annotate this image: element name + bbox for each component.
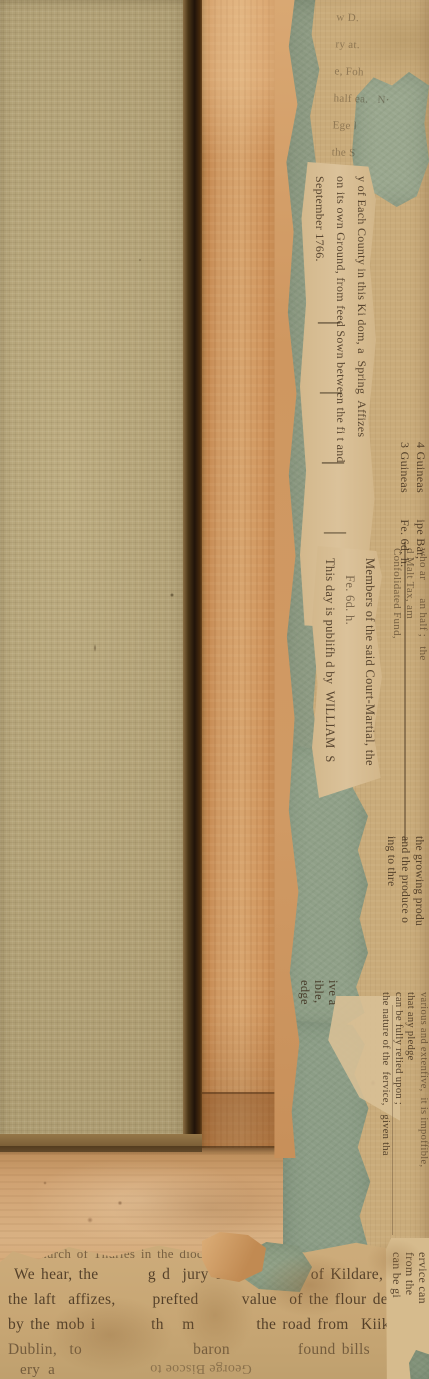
- stretcher-bar-end: [202, 1092, 287, 1154]
- newsprint-line: can be gi: [390, 1252, 403, 1370]
- newsprint-line: Confolidated Fund,: [390, 548, 403, 838]
- article-line: by the mob i th m the road from Kiikenny: [8, 1316, 421, 1334]
- stretcher-bar: [202, 0, 287, 1152]
- newsprint-line: from the: [403, 1252, 416, 1370]
- newsprint-line: d Malt Tax, am: [403, 548, 416, 838]
- newsprint-line: and the produce o: [398, 836, 412, 991]
- newsprint-strip-produce: the growing produ and the produce o ing …: [384, 836, 426, 991]
- printers-rule: —: [320, 378, 342, 404]
- article-line: We hear, the g d jury of the county of K…: [14, 1266, 383, 1284]
- newsprint-line: ible,: [312, 980, 326, 1080]
- newsprint-line: the growing produ: [412, 836, 426, 991]
- article-line: Dublin, to baron found bills: [8, 1341, 370, 1359]
- newsprint-line: various and extenfive, it is impoffible,: [417, 992, 429, 1242]
- flipped-text: George Biscoe to: [150, 1360, 252, 1376]
- newsprint-line: Members of the said Court-Martial, the: [360, 558, 380, 868]
- newsprint-line: ry at.: [335, 31, 428, 61]
- linen-canvas: [0, 0, 197, 1152]
- newsprint-strip-pledge: various and extenfive, it is impoffible,…: [379, 992, 429, 1242]
- newsprint-line: ing to thre: [384, 836, 398, 991]
- newsprint-line: e, Foh: [334, 58, 427, 88]
- article-line: ery a: [20, 1362, 55, 1379]
- photo-back-of-painting: w D. ry at. e, Foh half ea. N· Ege l the…: [0, 0, 429, 1379]
- newsprint-line: ive a: [326, 980, 340, 1080]
- newsprint-line: Fe. 6d. h.: [340, 558, 360, 868]
- newsprint-strip-partial: ive a ible, edge: [298, 980, 340, 1080]
- newsprint-line: who ar an half ; the: [416, 548, 429, 838]
- newsprint-line: half ea. N·: [333, 85, 426, 115]
- newsprint-line: Ege l: [332, 112, 425, 142]
- newsprint-line: edge: [298, 980, 312, 1080]
- newsprint-top-faint: w D. ry at. e, Foh half ea. N· Ege l the…: [331, 4, 429, 169]
- printers-rule: —: [324, 518, 346, 544]
- newsprint-line: the nature of the fervice, given tha: [379, 992, 392, 1242]
- article-line: the laft affizes, prefted value of the f…: [8, 1291, 412, 1309]
- printers-rule: —: [322, 448, 344, 474]
- newsprint-strip-service: ervice can from the can be gi: [389, 1252, 429, 1370]
- newsprint-line: the S: [331, 139, 424, 169]
- newsprint-line: w D.: [336, 4, 429, 34]
- newsprint-line: can be fully relied upon ;: [392, 992, 405, 1242]
- newsprint-line: This day is publifh d by WILLIAM S: [320, 558, 340, 868]
- newsprint-strip-court-text: Members of the said Court-Martial, the F…: [318, 558, 380, 868]
- frame-shadow-gap: [183, 0, 204, 1152]
- newsprint-line: that any pledge: [404, 992, 417, 1242]
- printers-rule: —: [318, 308, 340, 334]
- newsprint-strip-fund: who ar an half ; the d Malt Tax, am Conf…: [389, 548, 429, 838]
